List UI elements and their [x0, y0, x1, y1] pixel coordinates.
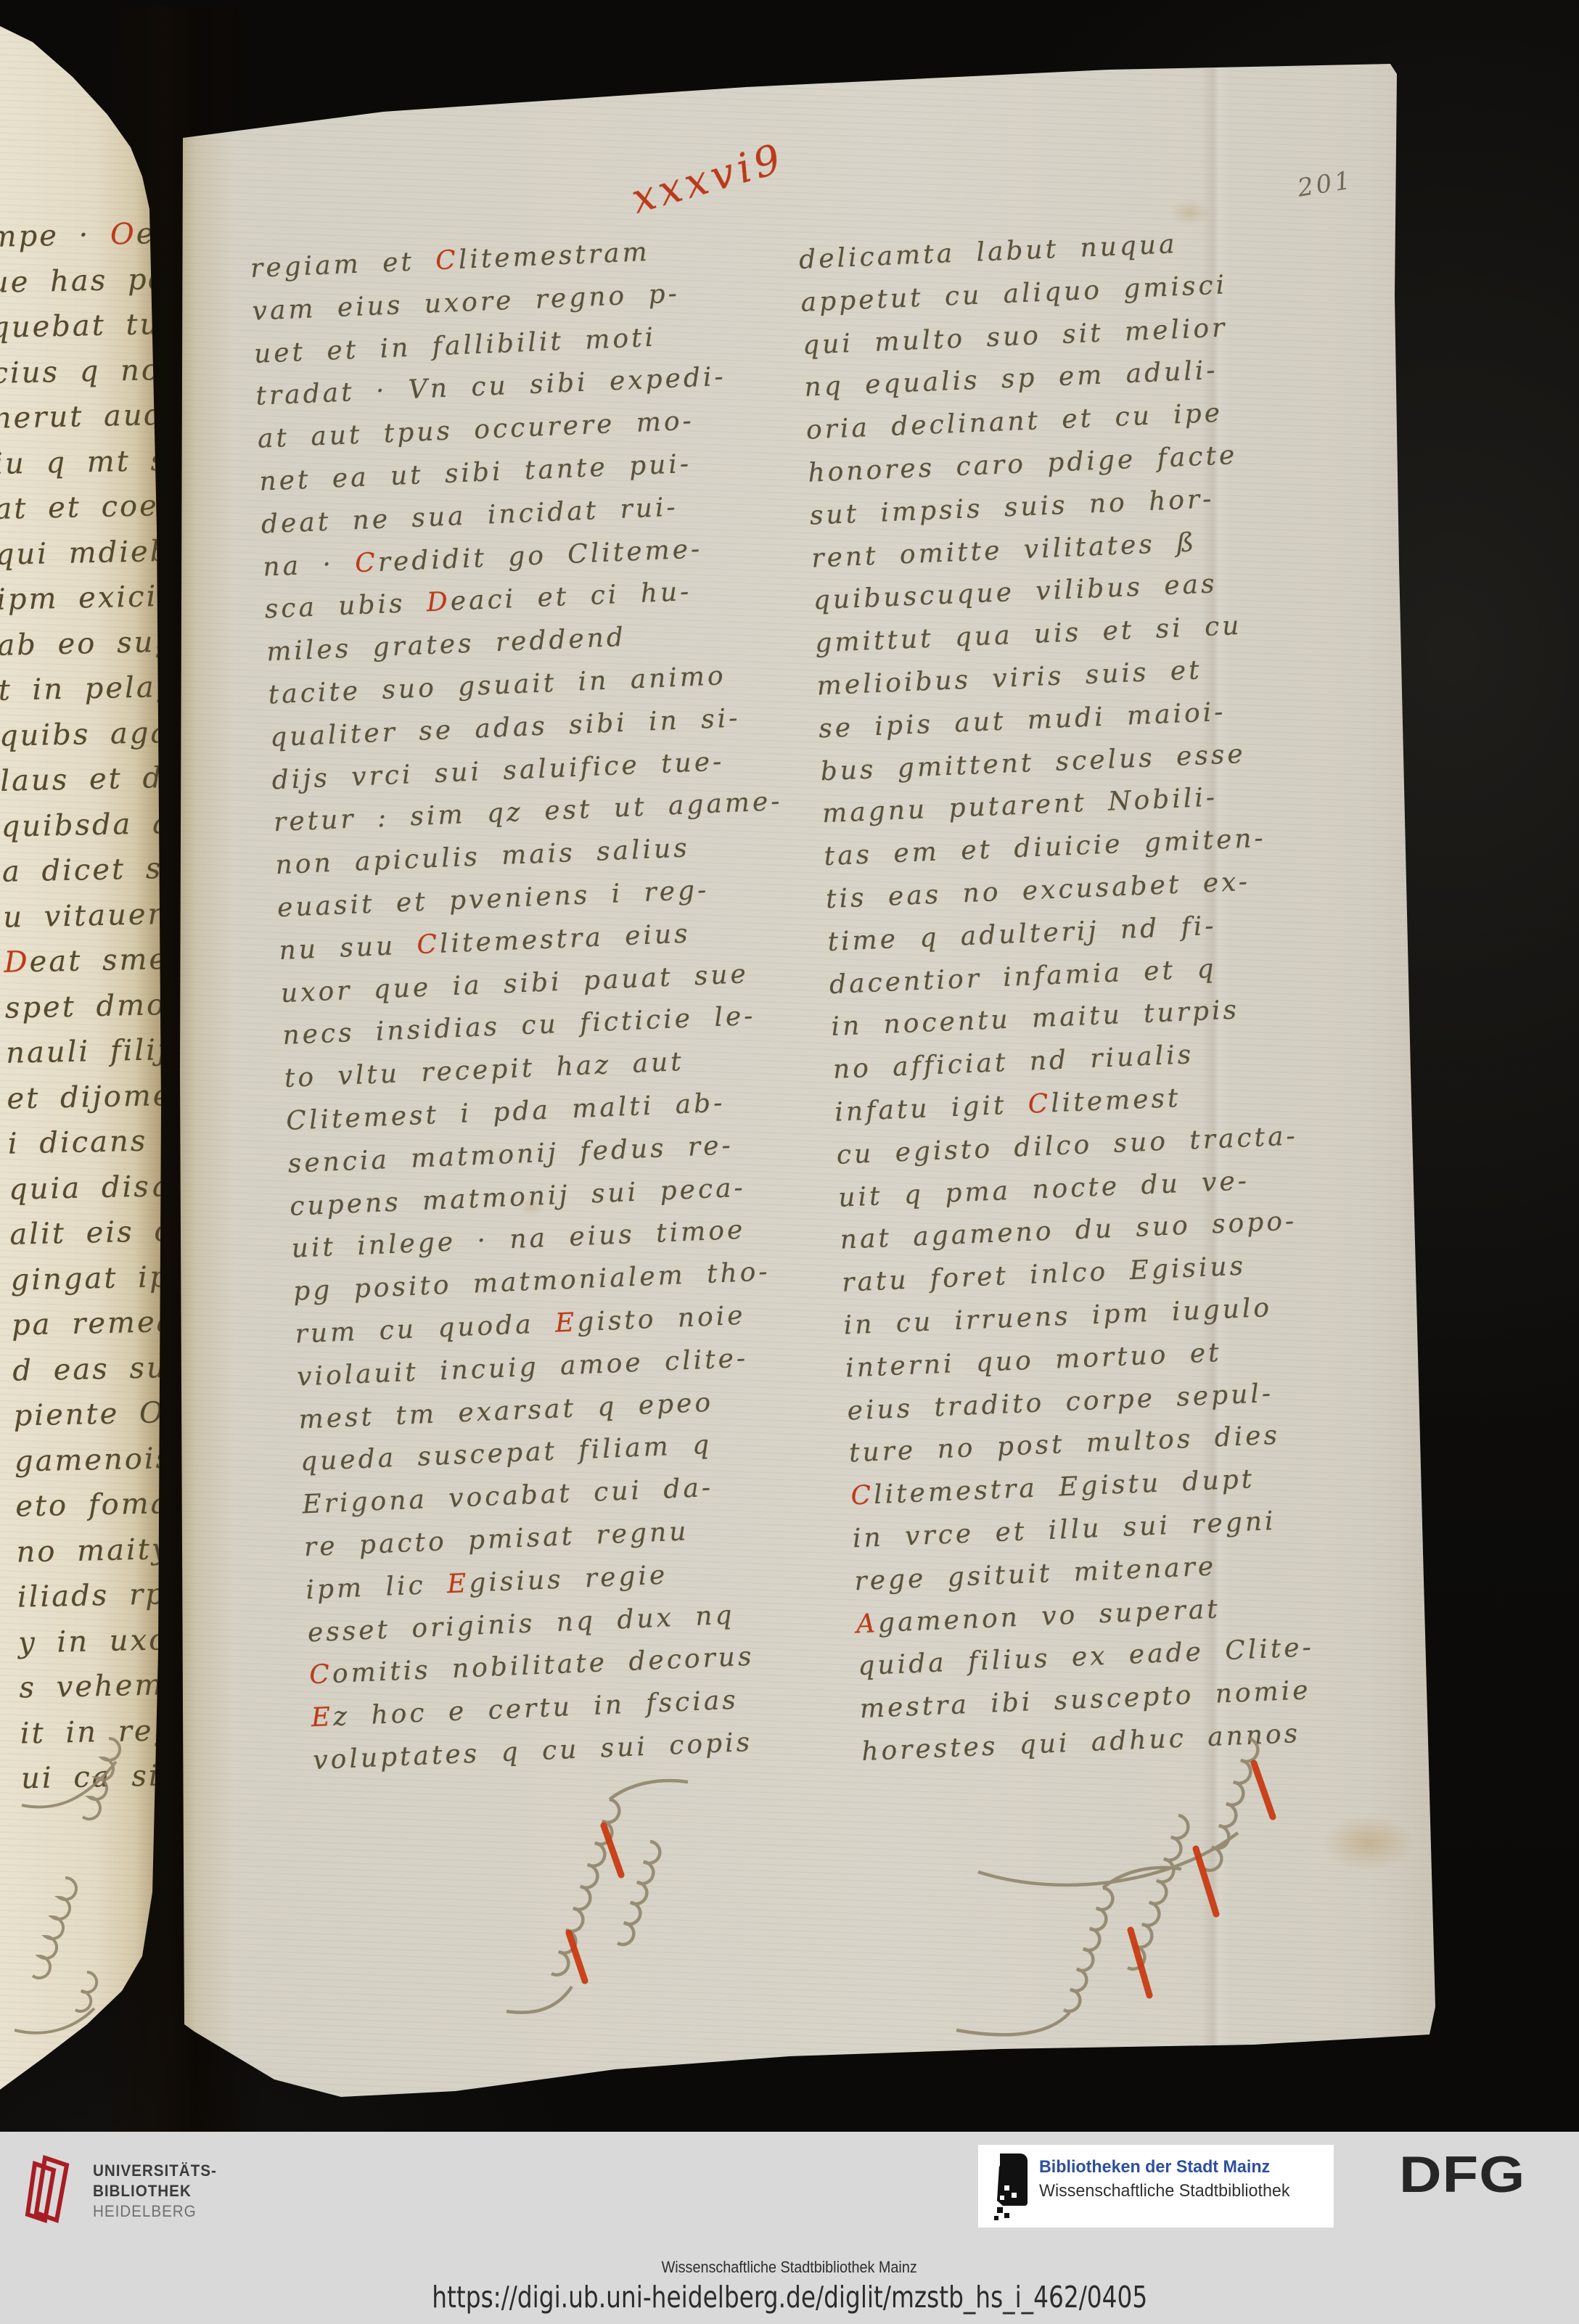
rubric-initial: C: [417, 929, 440, 960]
rubric-initial: E: [554, 1307, 578, 1338]
chapter-heading-rubric: xxxvi9: [626, 135, 789, 223]
rubric-initial: A: [856, 1609, 879, 1639]
library-caption: Wissenschaftliche Stadtbibliothek Mainz: [662, 2258, 917, 2277]
url-row: https://digi.ub.uni-heidelberg.de/diglit…: [0, 2280, 1579, 2315]
ubh-line2: BIBLIOTHEK: [93, 2181, 217, 2201]
mainz-logo-text: Bibliotheken der Stadt Mainz Wissenschaf…: [1039, 2155, 1290, 2203]
ub-heidelberg-logo-text: UNIVERSITÄTS- BIBLIOTHEK HEIDELBERG: [93, 2161, 217, 2222]
rubric-initial: E: [311, 1702, 334, 1733]
text-column-1: regiam et Clitemestramvam eius uxore reg…: [250, 227, 823, 1783]
caption-row: Wissenschaftliche Stadtbibliothek Mainz: [0, 2258, 1579, 2277]
rubric-initial: C: [435, 245, 459, 276]
left-page-edge: mpe · Oete veroue has pdcetesquebat tu a…: [0, 20, 173, 2114]
ubh-line3: HEIDELBERG: [93, 2201, 217, 2222]
rubric-initial: C: [850, 1480, 874, 1511]
rubric-initial: E: [446, 1569, 469, 1599]
manuscript-page: xxxvi9 201 regiam et Clitemestramvam eiu…: [165, 57, 1444, 2106]
rubric-initial: D: [4, 945, 30, 980]
ub-heidelberg-logo-icon: [19, 2152, 86, 2232]
ubh-line1: UNIVERSITÄTS-: [93, 2161, 217, 2181]
text-column-2: delicamta labut nuquaappetut cu aliquo g…: [798, 220, 1324, 1773]
mainz-line1: Bibliotheken der Stadt Mainz: [1039, 2155, 1290, 2179]
rubric-initial: C: [309, 1659, 333, 1690]
mainz-line2: Wissenschaftliche Stadtbibliothek: [1039, 2179, 1290, 2203]
rubric-initial: C: [1028, 1088, 1051, 1119]
folio-number: 201: [1295, 165, 1355, 203]
source-url: https://digi.ub.uni-heidelberg.de/diglit…: [432, 2280, 1147, 2315]
footer-bar: UNIVERSITÄTS- BIBLIOTHEK HEIDELBERG Bibl…: [0, 2132, 1579, 2324]
rubric-initial: D: [426, 587, 451, 617]
rubric-initial: C: [354, 548, 378, 578]
mainz-book-icon: [990, 2151, 1032, 2223]
mainz-library-logo-box: Bibliotheken der Stadt Mainz Wissenschaf…: [978, 2145, 1334, 2227]
rubric-initial: O: [110, 218, 136, 252]
dfg-logo: DFG: [1399, 2145, 1525, 2204]
